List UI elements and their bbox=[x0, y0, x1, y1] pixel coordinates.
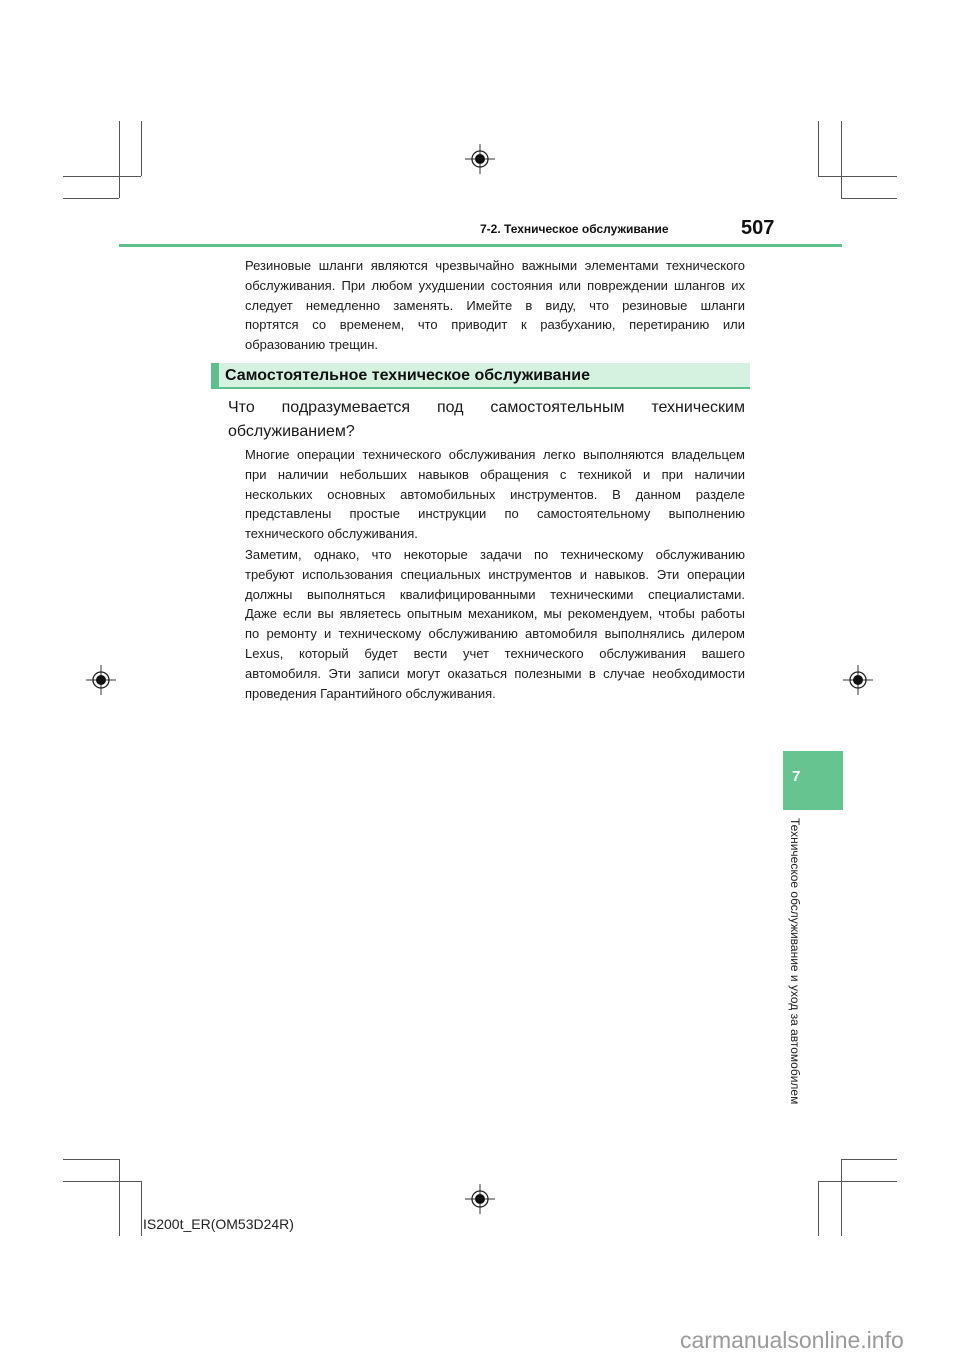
registration-mark-left bbox=[86, 665, 116, 695]
text-line: требуют использования специальных инстру… bbox=[245, 565, 745, 585]
text-line: следует немедленно заменять. Имейте в ви… bbox=[245, 296, 745, 316]
registration-mark-bottom bbox=[465, 1184, 495, 1214]
text-line: Что подразумевается под самостоятельным … bbox=[228, 396, 745, 420]
text-line: представлены простые инструкции по самос… bbox=[245, 504, 745, 524]
text-line: Многие операции технического обслуживани… bbox=[245, 445, 745, 465]
header-rule bbox=[119, 244, 842, 247]
text-line: Даже если вы являетесь опытным механиком… bbox=[245, 604, 745, 624]
registration-mark-top bbox=[465, 144, 495, 174]
paragraph-dealer-service: Заметим, однако, что некоторые задачи по… bbox=[245, 545, 745, 703]
text-line: образованию трещин. bbox=[245, 335, 745, 355]
subsection-question: Что подразумевается под самостоятельным … bbox=[228, 396, 745, 444]
text-line: должны выполняться квалифицированными те… bbox=[245, 585, 745, 605]
text-line: автомобиля. Эти записи могут оказаться п… bbox=[245, 664, 745, 684]
page-number: 507 bbox=[741, 216, 774, 240]
text-line: обслуживанием? bbox=[228, 420, 745, 444]
section-heading: Самостоятельное техническое обслуживание bbox=[211, 363, 750, 389]
intro-paragraph: Резиновые шланги являются чрезвычайно ва… bbox=[245, 256, 745, 355]
text-line: проведения Гарантийного обслуживания. bbox=[245, 684, 745, 704]
paragraph-owner-maintenance: Многие операции технического обслуживани… bbox=[245, 445, 745, 544]
registration-mark-right bbox=[843, 665, 873, 695]
text-line: портятся со временем, что приводит к раз… bbox=[245, 315, 745, 335]
header-section-title: 7-2. Техническое обслуживание bbox=[480, 221, 669, 237]
text-line: Резиновые шланги являются чрезвычайно ва… bbox=[245, 256, 745, 276]
text-line: при наличии небольших навыков обращения … bbox=[245, 465, 745, 485]
chapter-tab: 7 bbox=[783, 751, 843, 810]
text-line: Lexus, который будет вести учет техничес… bbox=[245, 644, 745, 664]
chapter-number: 7 bbox=[792, 768, 800, 786]
text-line: по ремонту и техническому обслуживанию а… bbox=[245, 624, 745, 644]
text-line: технического обслуживания. bbox=[245, 524, 745, 544]
document-code: IS200t_ER(OM53D24R) bbox=[143, 1215, 294, 1233]
chapter-side-title: Техническое обслуживание и уход за автом… bbox=[788, 818, 802, 1104]
watermark: carmanualsonline.info bbox=[680, 1326, 904, 1354]
text-line: нескольких основных автомобильных инстру… bbox=[245, 485, 745, 505]
text-line: Заметим, однако, что некоторые задачи по… bbox=[245, 545, 745, 565]
heading-accent-bar bbox=[211, 363, 219, 389]
section-heading-title: Самостоятельное техническое обслуживание bbox=[225, 365, 590, 387]
text-line: обслуживания. При любом ухудшении состоя… bbox=[245, 276, 745, 296]
